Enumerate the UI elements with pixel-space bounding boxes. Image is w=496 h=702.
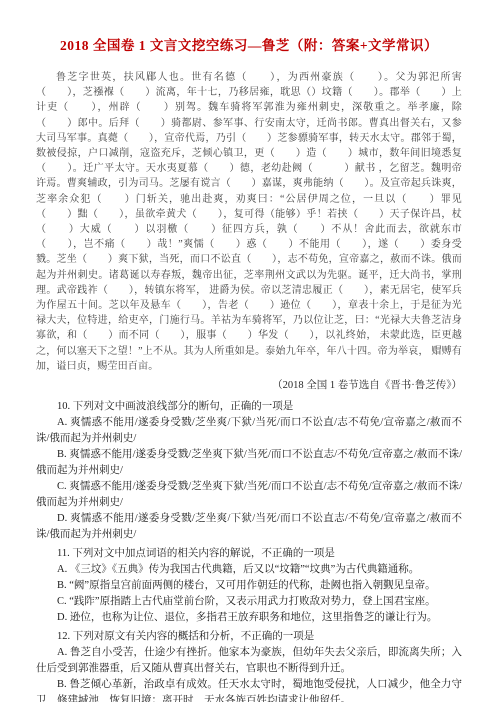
question-12-stem: 12. 下列对原文有关内容的概括和分析，不正确的一项是 (36, 629, 462, 645)
question-11-option-a: A. 《三坟》《五典》传为我国古代典籍，后又以“坟籍”“坟典”为古代典籍通称。 (36, 562, 462, 578)
questions-section: 10. 下列对文中画波浪线部分的断句，正确的一项是 A. 爽懦惑不能用/遂委身受… (36, 399, 462, 702)
question-11-option-c: C. “践阼”原指踏上古代庙堂前台阶，又表示用武力打败敌对势力，登上国君宝座。 (36, 594, 462, 610)
question-10-option-b: B. 爽懦惑不能用/遂委身受戮/芝坐爽下狱/当死/而口不讼直志/不苟免/宣帝嘉之… (36, 447, 462, 479)
question-12-option-b: B. 鲁芝倾心革新，治政卓有成效。任天水太守时，蜀地饱受侵扰，人口减少，他全力守… (36, 677, 462, 702)
question-10-option-d: D. 爽懦惑不能用/遂委身受戮/芝坐爽/下狱/当死/而口不讼直志/不苟免/宣帝嘉… (36, 511, 462, 543)
question-10-option-c: C. 爽懦惑不能用/遂委身受戮/芝坐爽下狱/当死/而口不讼直/志不苟免/宣帝嘉之… (36, 479, 462, 511)
question-11-option-b: B. “阙”原指皇宫前面两侧的楼台，又可用作朝廷的代称，赴阙也指入朝觐见皇帝。 (36, 578, 462, 594)
document-page: 2018 全国卷 1 文言文挖空练习—鲁芝（附：答案+文学常识） 鲁芝字世英，扶… (0, 0, 496, 702)
passage-source: （2018 全国 1 卷节选自《晋书·鲁芝传》） (36, 378, 462, 393)
document-title: 2018 全国卷 1 文言文挖空练习—鲁芝（附：答案+文学常识） (36, 34, 462, 54)
question-12-option-a: A. 鲁芝自小受苦，仕途少有挫折。他家本为豪族，但幼年失去父亲后，即流离失所；入… (36, 645, 462, 677)
question-11-stem: 11. 下列对文中加点词语的相关内容的解说，不正确的一项是 (36, 546, 462, 562)
question-11-option-d: D. 逊位，也称为让位、退位，多指君王放弃职务和地位，这里指鲁芝的谦让行为。 (36, 610, 462, 626)
question-10-option-a: A. 爽懦惑不能用/遂委身受戮/芝坐爽/下狱/当死/而口不讼直/志不苟免/宣帝嘉… (36, 415, 462, 447)
passage-text: 鲁芝字世英，扶风郿人也。世有名德（ ），为西州豪族（ ）。父为郭汜所害（ ），芝… (36, 70, 462, 374)
question-10-stem: 10. 下列对文中画波浪线部分的断句，正确的一项是 (36, 399, 462, 415)
